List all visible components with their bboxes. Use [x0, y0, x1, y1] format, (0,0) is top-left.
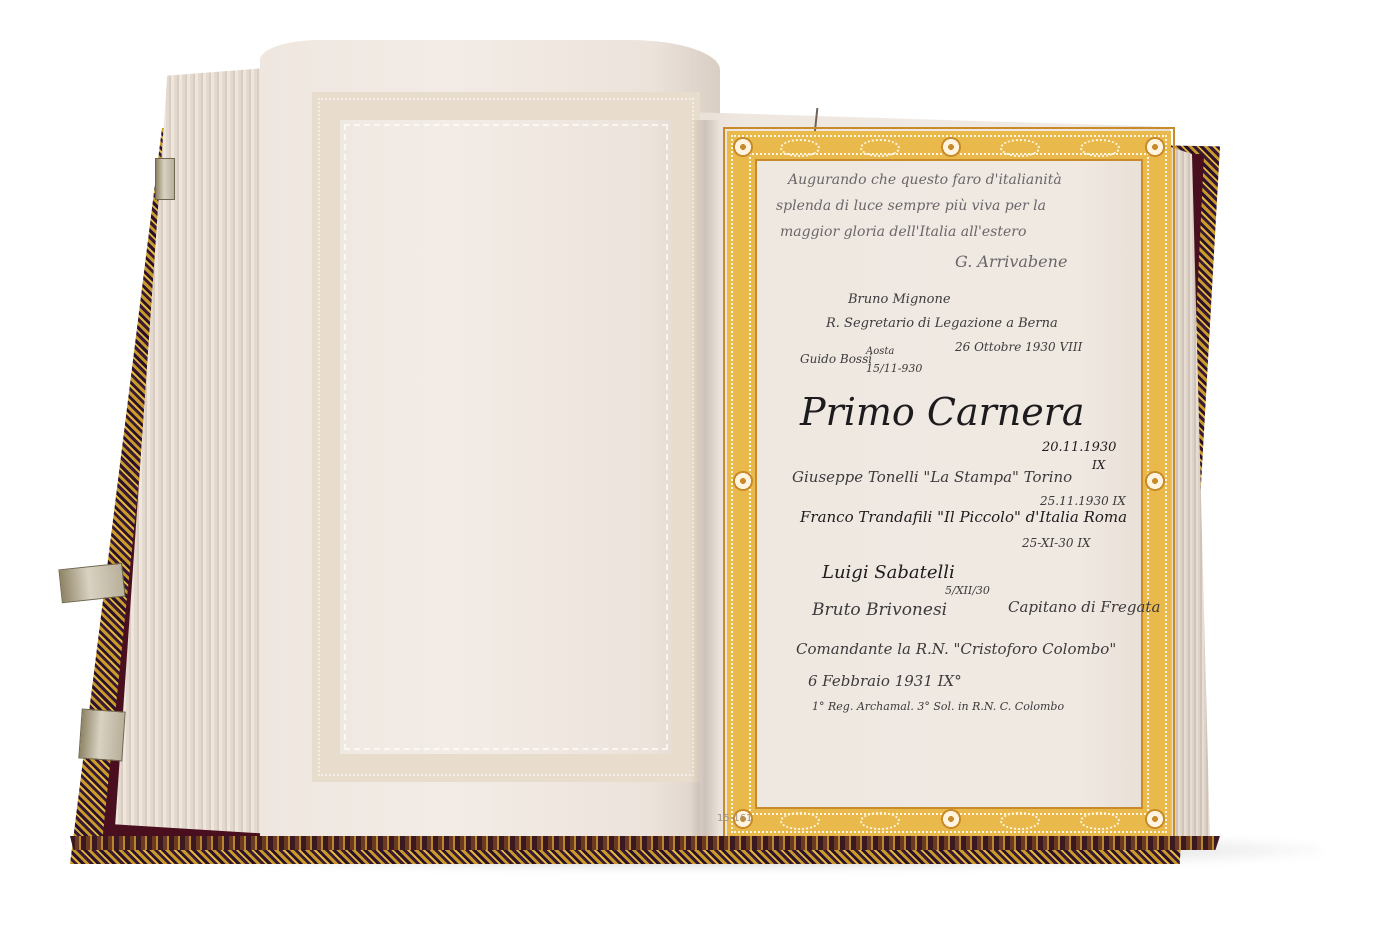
rosette-icon	[940, 136, 962, 158]
entry-1-signature: G. Arrivabene	[955, 252, 1067, 271]
book-photo: Augurando che questo faro d'italianità s…	[0, 0, 1388, 944]
entry-6-line: Franco Trandafili "Il Piccolo" d'Italia …	[800, 508, 1127, 526]
entry-7-signature: Luigi Sabatelli	[822, 562, 955, 583]
rosette-icon	[732, 470, 754, 492]
page-number: 15-161	[717, 813, 752, 824]
entry-6-date: 25-XI-30 IX	[1022, 536, 1091, 550]
left-page-faint-border	[312, 92, 700, 782]
entry-3-date: 15/11-930	[866, 362, 922, 375]
rope-knot-ornament	[860, 139, 900, 157]
entry-2-date: 26 Ottobre 1930 VIII	[955, 340, 1082, 354]
spine-gutter	[690, 120, 720, 840]
rope-knot-ornament	[1000, 812, 1040, 830]
entry-5-date: 25.11.1930 IX	[1040, 494, 1126, 508]
rosette-icon	[1144, 136, 1166, 158]
rope-knot-ornament	[1080, 139, 1120, 157]
entry-4-era: IX	[1092, 458, 1105, 472]
rosette-icon	[940, 808, 962, 830]
entry-2-title: R. Segretario di Legazione a Berna	[826, 316, 1058, 331]
rosette-icon	[732, 136, 754, 158]
rope-knot-ornament	[1080, 812, 1120, 830]
entry-1-line-3: maggior gloria dell'Italia all'estero	[780, 224, 1026, 240]
entry-5-line: Giuseppe Tonelli "La Stampa" Torino	[792, 468, 1072, 486]
rope-knot-ornament	[860, 812, 900, 830]
rope-knot-ornament	[1000, 139, 1040, 157]
entry-4-signature: Primo Carnera	[800, 390, 1085, 434]
ribbon-tab-top	[155, 158, 175, 200]
entry-1-line-2: splenda di luce sempre più viva per la	[776, 198, 1046, 214]
entry-2-name: Bruno Mignone	[848, 292, 951, 307]
rosette-icon	[1144, 470, 1166, 492]
left-page-ghost-writing	[520, 540, 680, 590]
entry-7-date: 5/XII/30	[945, 584, 990, 597]
entry-9-line: 1° Reg. Archamal. 3° Sol. in R.N. C. Col…	[812, 700, 1064, 713]
entry-4-date: 20.11.1930	[1042, 440, 1116, 455]
entry-3-place: Aosta	[866, 346, 894, 357]
ribbon-tab-lower	[78, 709, 125, 762]
entry-8-signature: Bruto Brivonesi	[812, 600, 947, 620]
entry-8-title: Capitano di Fregata	[1008, 598, 1160, 616]
entry-8-date: 6 Febbraio 1931 IX°	[808, 672, 962, 690]
rope-knot-ornament	[780, 812, 820, 830]
rosette-icon	[1144, 808, 1166, 830]
rope-knot-ornament	[780, 139, 820, 157]
entry-1-line-1: Augurando che questo faro d'italianità	[788, 172, 1062, 188]
cover-bottom-edge	[70, 836, 1220, 850]
ribbon-tab-upper	[58, 563, 125, 604]
entry-8-line: Comandante la R.N. "Cristoforo Colombo"	[796, 640, 1116, 658]
entry-3-signature: Guido Bossi	[800, 352, 872, 366]
